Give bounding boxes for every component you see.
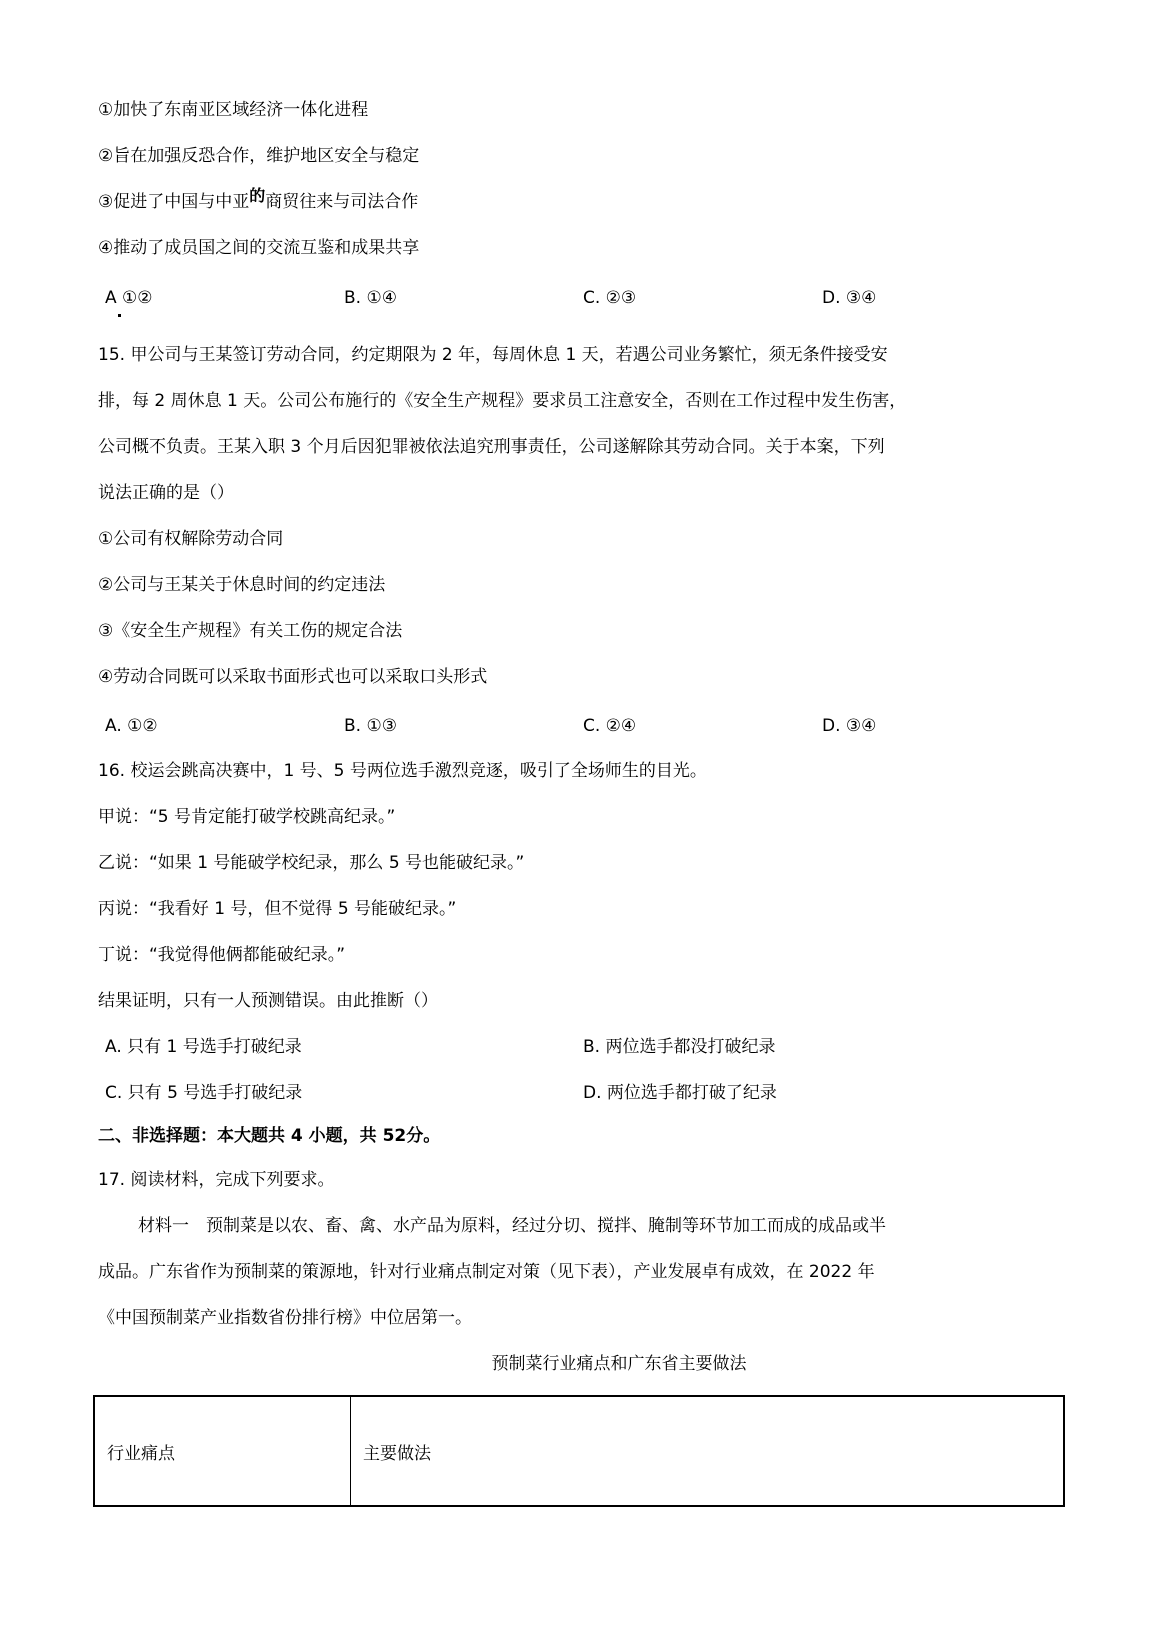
q14-statement-3-de: 的 [249,186,265,205]
q14-statement-2: ②旨在加强反恐合作，维护地区安全与稳定 [98,144,419,168]
q17-material-line-2: 成品。广东省作为预制菜的策源地，针对行业痛点制定对策（见下表），产业发展卓有成效… [98,1260,875,1284]
table-header-row: 行业痛点 主要做法 [94,1396,1064,1506]
stray-dot [118,314,121,317]
q14-option-a[interactable]: A ①② [105,286,153,310]
q16-option-a[interactable]: A. 只有 1 号选手打破纪录 [105,1035,302,1059]
q17-material-line-1: 材料一 预制菜是以农、畜、禽、水产品为原料，经过分切、搅拌、腌制等环节加工而成的… [138,1214,886,1238]
q14-option-d[interactable]: D. ③④ [822,286,876,310]
q16-speaker-ding: 丁说：“我觉得他俩都能破纪录。” [98,943,345,967]
q14-statement-3-head: ③促进了中国与中亚 [98,192,249,212]
q16-speaker-yi: 乙说：“如果 1 号能破学校纪录，那么 5 号也能破纪录。” [98,851,524,875]
q15-stem-line-4: 说法正确的是（） [98,481,234,505]
q16-option-c[interactable]: C. 只有 5 号选手打破纪录 [105,1081,302,1105]
section-2-heading: 二、非选择题：本大题共 4 小题，共 52分。 [98,1124,440,1148]
q15-statement-2: ②公司与王某关于休息时间的约定违法 [98,573,385,597]
q15-stem-line-3: 公司概不负责。王某入职 3 个月后因犯罪被依法追究刑事责任，公司遂解除其劳动合同… [98,435,885,459]
table-caption: 预制菜行业痛点和广东省主要做法 [40,1352,1158,1376]
q15-stem-line-1: 15. 甲公司与王某签订劳动合同，约定期限为 2 年，每周休息 1 天，若遇公司… [98,343,888,367]
q15-option-d[interactable]: D. ③④ [822,714,876,738]
q14-option-c[interactable]: C. ②③ [583,286,636,310]
q16-speaker-bing: 丙说：“我看好 1 号，但不觉得 5 号能破纪录。” [98,897,456,921]
q17-stem: 17. 阅读材料，完成下列要求。 [98,1168,334,1192]
q16-stem: 16. 校运会跳高决赛中，1 号、5 号两位选手激烈竞逐，吸引了全场师生的目光。 [98,759,707,783]
q16-conclusion: 结果证明，只有一人预测错误。由此推断（） [98,989,438,1013]
q15-stem-line-2: 排，每 2 周休息 1 天。公司公布施行的《安全生产规程》要求员工注意安全，否则… [98,389,906,413]
q17-material-line-3: 《中国预制菜产业指数省份排行榜》中位居第一。 [98,1306,472,1330]
q15-option-a[interactable]: A. ①② [105,714,158,738]
q14-statement-3: ③促进了中国与中亚的商贸往来与司法合作 [98,190,418,214]
q15-statement-4: ④劳动合同既可以采取书面形式也可以采取口头形式 [98,665,487,689]
q15-statement-1: ①公司有权解除劳动合同 [98,527,283,551]
q16-option-d[interactable]: D. 两位选手都打破了纪录 [583,1081,777,1105]
q15-option-c[interactable]: C. ②④ [583,714,636,738]
table-header-pain-points: 行业痛点 [94,1396,351,1506]
q14-statement-1: ①加快了东南亚区域经济一体化进程 [98,98,368,122]
q15-option-b[interactable]: B. ①③ [344,714,397,738]
pain-points-table: 行业痛点 主要做法 [93,1395,1065,1507]
table-header-measures: 主要做法 [351,1396,1065,1506]
q15-statement-3: ③《安全生产规程》有关工伤的规定合法 [98,619,402,643]
q16-option-b[interactable]: B. 两位选手都没打破纪录 [583,1035,775,1059]
q14-statement-3-tail: 商贸往来与司法合作 [265,192,418,212]
q14-statement-4: ④推动了成员国之间的交流互鉴和成果共享 [98,236,419,260]
q14-option-b[interactable]: B. ①④ [344,286,397,310]
q16-speaker-jia: 甲说：“5 号肯定能打破学校跳高纪录。” [98,805,395,829]
